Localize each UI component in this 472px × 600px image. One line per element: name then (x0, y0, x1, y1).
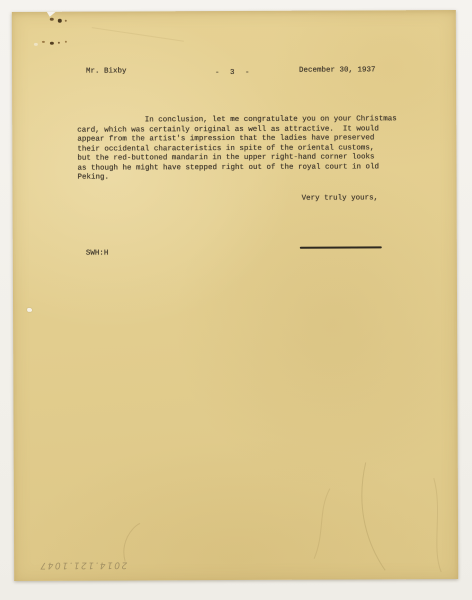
header-page-number: - 3 - (215, 69, 253, 79)
valediction: Very truly yours, (302, 194, 379, 204)
signature-line (300, 246, 382, 248)
paper-tear-notch (47, 12, 56, 17)
typist-initials: SWH:H (86, 250, 109, 260)
stain-mark (50, 42, 54, 45)
stain-mark (58, 42, 60, 44)
stain-mark (58, 19, 62, 23)
letter-paper: Mr. Bixby - 3 - December 30, 1937 In con… (12, 10, 458, 581)
stain-mark (42, 41, 45, 43)
paper-chip-spot (27, 308, 32, 312)
stain-marks (12, 10, 456, 12)
paper-crease-lines (12, 10, 458, 581)
scanned-letter-page: Mr. Bixby - 3 - December 30, 1937 In con… (0, 0, 472, 600)
header-date: December 30, 1937 (299, 66, 376, 76)
stain-mark (34, 43, 38, 46)
stain-mark (50, 18, 54, 21)
stain-mark (65, 20, 67, 22)
accession-number-pencil-note: 2014.121.1047 (19, 559, 127, 569)
letter-body-paragraph: In conclusion, let me congratulate you o… (77, 115, 409, 183)
stain-mark (65, 41, 67, 43)
header-recipient: Mr. Bixby (86, 67, 127, 77)
